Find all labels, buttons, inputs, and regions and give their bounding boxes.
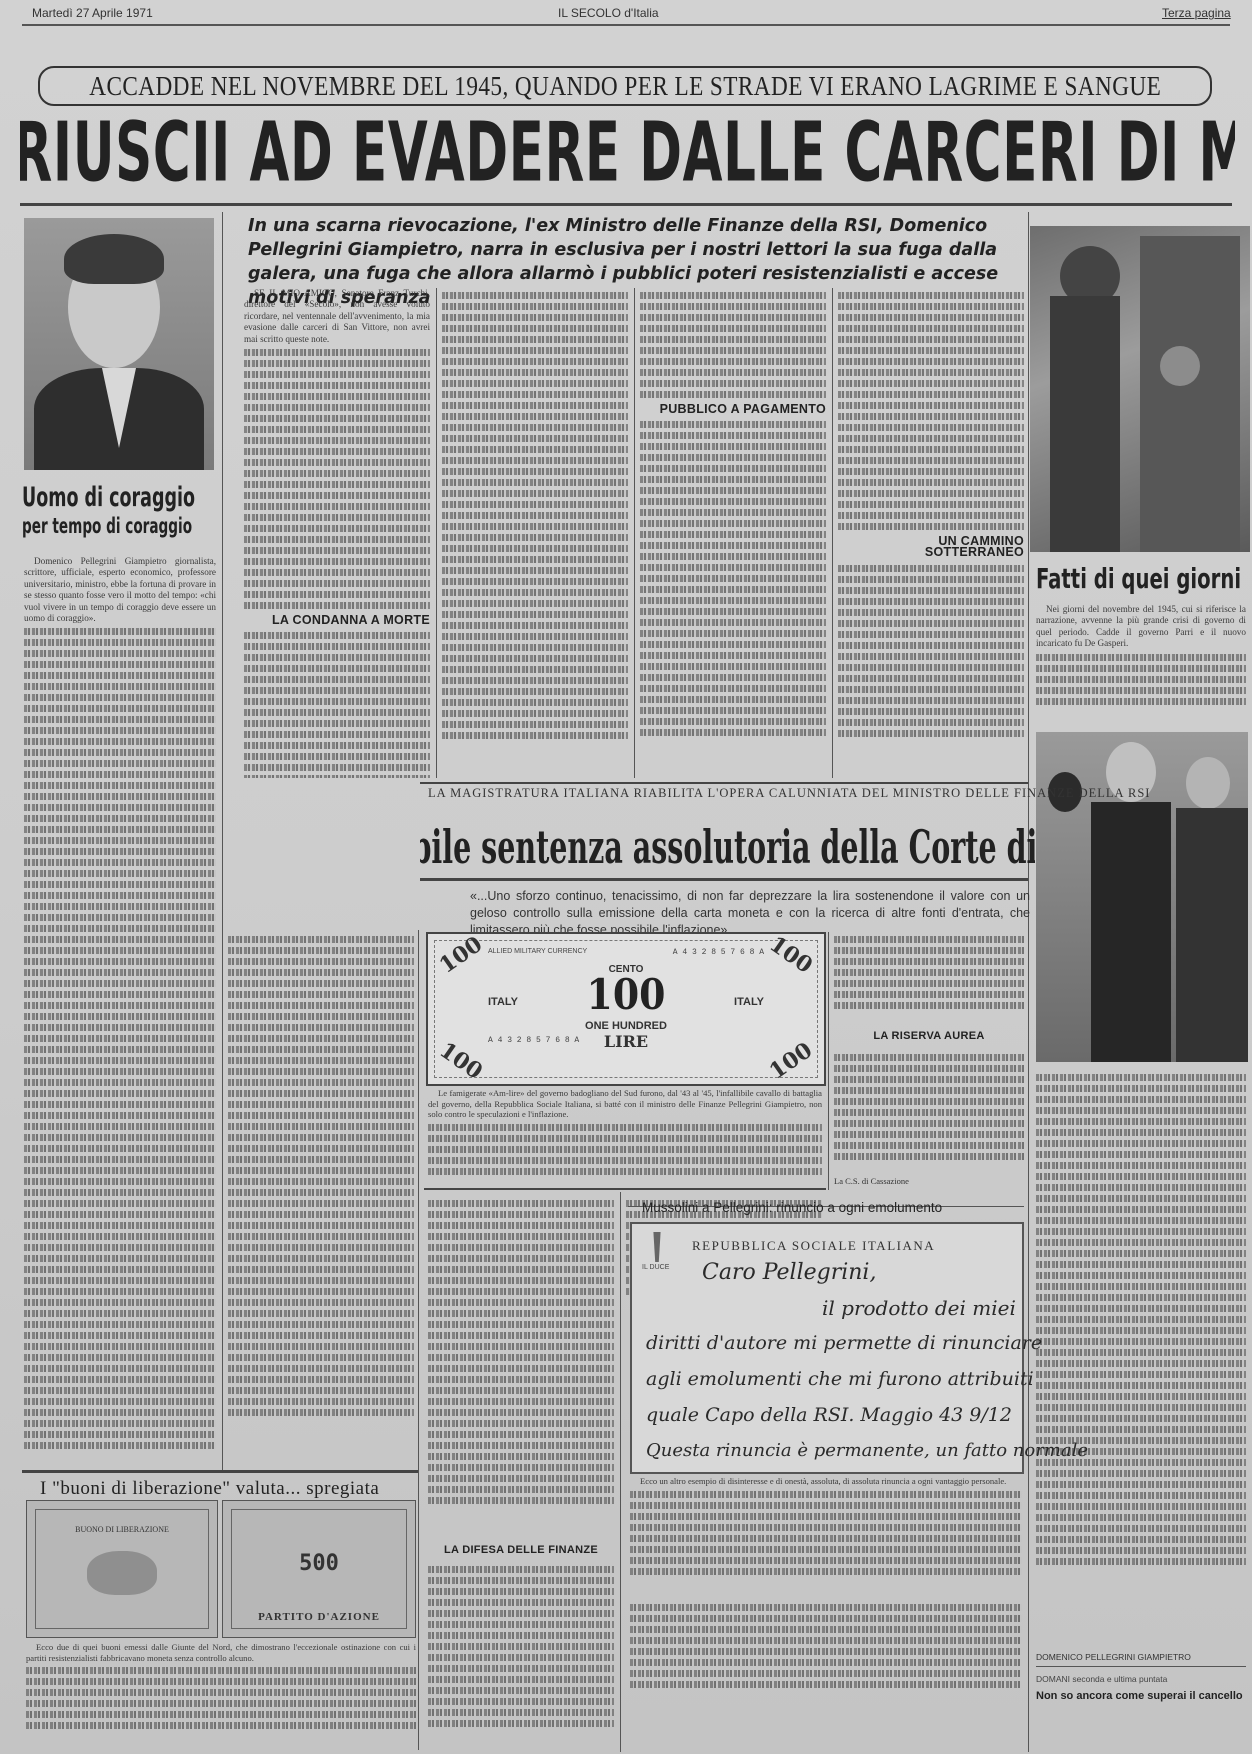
teaser-kicker: DOMANI seconda e ultima puntata [1036, 1674, 1167, 1684]
second-story-headline: La memorabile sentenza assolutoria della… [420, 818, 1035, 876]
left-column-body: Domenico Pellegrini Giampietro giornalis… [24, 556, 216, 1468]
note-country-right: ITALY [734, 996, 764, 1008]
note-words: ONE HUNDRED [428, 1020, 824, 1032]
left-title-line2: per tempo di coraggio [22, 514, 192, 538]
letter-continuation [630, 1600, 1022, 1750]
folio-rule [22, 24, 1230, 26]
column-rule [832, 288, 833, 778]
page-label: Terza pagina [1162, 6, 1231, 20]
handwriting-line-3: diritti d'autore mi permette di rinuncia… [646, 1332, 1042, 1354]
article-opening: SE IL MIO AMICO, Senatore Franz Turchi, … [244, 288, 430, 345]
handwriting-line-5: quale Capo della RSI. Maggio 43 9/12 [646, 1404, 1012, 1426]
kicker-box: ACCADDE NEL NOVEMBRE DEL 1945, QUANDO PE… [38, 66, 1212, 106]
headline-text: COME RIUSCII AD EVADERE DALLE CARCERI DI… [20, 108, 1235, 198]
voucher-right-image: 500 PARTITO D'AZIONE [222, 1500, 416, 1638]
column-rule [222, 212, 223, 1470]
buoni-caption-text: Ecco due di quei buoni emessi dalle Giun… [26, 1642, 416, 1663]
section-heading-condanna: LA CONDANNA A MORTE [244, 615, 430, 626]
main-headline: COME RIUSCII AD EVADERE DALLE CARCERI DI… [20, 108, 1235, 198]
second-story-rule [420, 782, 1028, 784]
second-story-kicker: LA MAGISTRATURA ITALIANA RIABILITA L'OPE… [428, 786, 1028, 801]
second-story-col-2 [428, 1196, 614, 1536]
article-col-4: UN CAMMINO SOTTERRANEO [838, 288, 1024, 778]
letterhead: REPUBBLICA SOCIALE ITALIANA [692, 1238, 935, 1254]
second-story-col-4 [834, 932, 1024, 1026]
kicker: ACCADDE NEL NOVEMBRE DEL 1945, QUANDO PE… [89, 71, 1161, 102]
left-body-text: Domenico Pellegrini Giampietro giornalis… [24, 556, 216, 624]
signature: DOMENICO PELLEGRINI GIAMPIETRO [1036, 1652, 1246, 1662]
voucher-right-value: 500 [223, 1551, 415, 1576]
column-rule [620, 1192, 621, 1752]
banknote-caption: Le famigerate «Am-lire» del governo bado… [428, 1088, 822, 1184]
group-photo [1036, 732, 1248, 1062]
second-headline-rule [420, 878, 1028, 881]
handwriting-line-2: il prodotto dei miei [822, 1296, 1016, 1320]
letter-caption-text: Ecco un altro esempio di disinteresse e … [630, 1476, 1022, 1487]
right-body: Nei giorni del novembre del 1945, cui si… [1036, 604, 1246, 724]
fasces-emblem-icon [648, 1232, 666, 1262]
letter-facsimile: IL DUCE REPUBBLICA SOCIALE ITALIANA Caro… [630, 1222, 1024, 1474]
section-heading-pubblico: PUBBLICO A PAGAMENTO [640, 404, 826, 415]
newspaper-page: Martedì 27 Aprile 1971 IL SECOLO d'Itali… [0, 0, 1252, 1754]
second-story-col-4b [834, 1050, 1024, 1180]
citation: La C.S. di Cassazione [834, 1176, 909, 1186]
clasped-hands-icon [87, 1551, 157, 1595]
column-rule [1028, 212, 1029, 1752]
handwriting-line-6: Questa rinuncia è permanente, un fatto n… [646, 1440, 1088, 1461]
note-serial: A 4 3 2 8 5 7 6 8 A [673, 948, 764, 957]
letter-emblem-label: IL DUCE [642, 1264, 669, 1271]
headline-rule [20, 203, 1232, 206]
note-header: ALLIED MILITARY CURRENCY [488, 948, 587, 955]
buoni-title: I "buoni di liberazione" valuta... spreg… [40, 1478, 420, 1500]
column-rule [418, 930, 419, 1750]
signature-rule [1036, 1666, 1246, 1667]
issue-date: Martedì 27 Aprile 1971 [32, 6, 153, 20]
buoni-top-rule [22, 1470, 418, 1473]
note-serial-2: A 4 3 2 8 5 7 6 8 A [488, 1036, 579, 1045]
voucher-right-issuer: PARTITO D'AZIONE [223, 1611, 415, 1623]
banknote-image: 100 100 100 100 ALLIED MILITARY CURRENCY… [426, 932, 826, 1086]
handwriting-line-4: agli emolumenti che mi furono attribuiti [646, 1368, 1034, 1390]
spacer [626, 1196, 627, 1197]
caption-rule [424, 1188, 826, 1190]
caption-text: Le famigerate «Am-lire» del governo bado… [428, 1088, 822, 1120]
second-headline-text: La memorabile sentenza assolutoria della… [420, 820, 1035, 874]
right-body-text: Nei giorni del novembre del 1945, cui si… [1036, 604, 1246, 650]
letter-title: Mussolini a Pellegrini: rinuncio a ogni … [642, 1200, 1022, 1215]
article-col-3: PUBBLICO A PAGAMENTO [640, 288, 826, 778]
voucher-left-title: BUONO DI LIBERAZIONE [27, 1525, 217, 1534]
left-title-line1: Uomo di coraggio [22, 482, 195, 513]
voucher-left-image: BUONO DI LIBERAZIONE [26, 1500, 218, 1638]
teaser-headline: Non so ancora come superai il cancello [1036, 1690, 1243, 1702]
section-heading-cammino: UN CAMMINO SOTTERRANEO [838, 536, 1024, 559]
second-story-col-2b [428, 1562, 614, 1752]
article-col-1: SE IL MIO AMICO, Senatore Franz Turchi, … [244, 288, 430, 778]
note-country-left: ITALY [488, 996, 518, 1008]
portrait-photo [24, 218, 214, 470]
street-scene-photo [1030, 226, 1250, 552]
column-rule [634, 288, 635, 778]
newspaper-name: IL SECOLO d'Italia [558, 6, 659, 20]
right-title: Fatti di quei giorni [1036, 562, 1241, 595]
second-story-col-1 [228, 932, 414, 1472]
right-continuation [1036, 1070, 1246, 1630]
section-heading-difesa: LA DIFESA DELLE FINANZE [428, 1544, 614, 1556]
buoni-caption: Ecco due di quei buoni emessi dalle Giun… [26, 1642, 416, 1752]
note-value: 100 [448, 970, 804, 1019]
column-rule [436, 288, 437, 778]
column-rule [828, 932, 829, 1190]
letter-caption: Ecco un altro esempio di disinteresse e … [630, 1476, 1022, 1596]
handwriting-line-1: Caro Pellegrini, [702, 1260, 876, 1285]
section-heading-riserva: LA RISERVA AUREA [834, 1030, 1024, 1042]
article-col-2 [442, 288, 628, 778]
